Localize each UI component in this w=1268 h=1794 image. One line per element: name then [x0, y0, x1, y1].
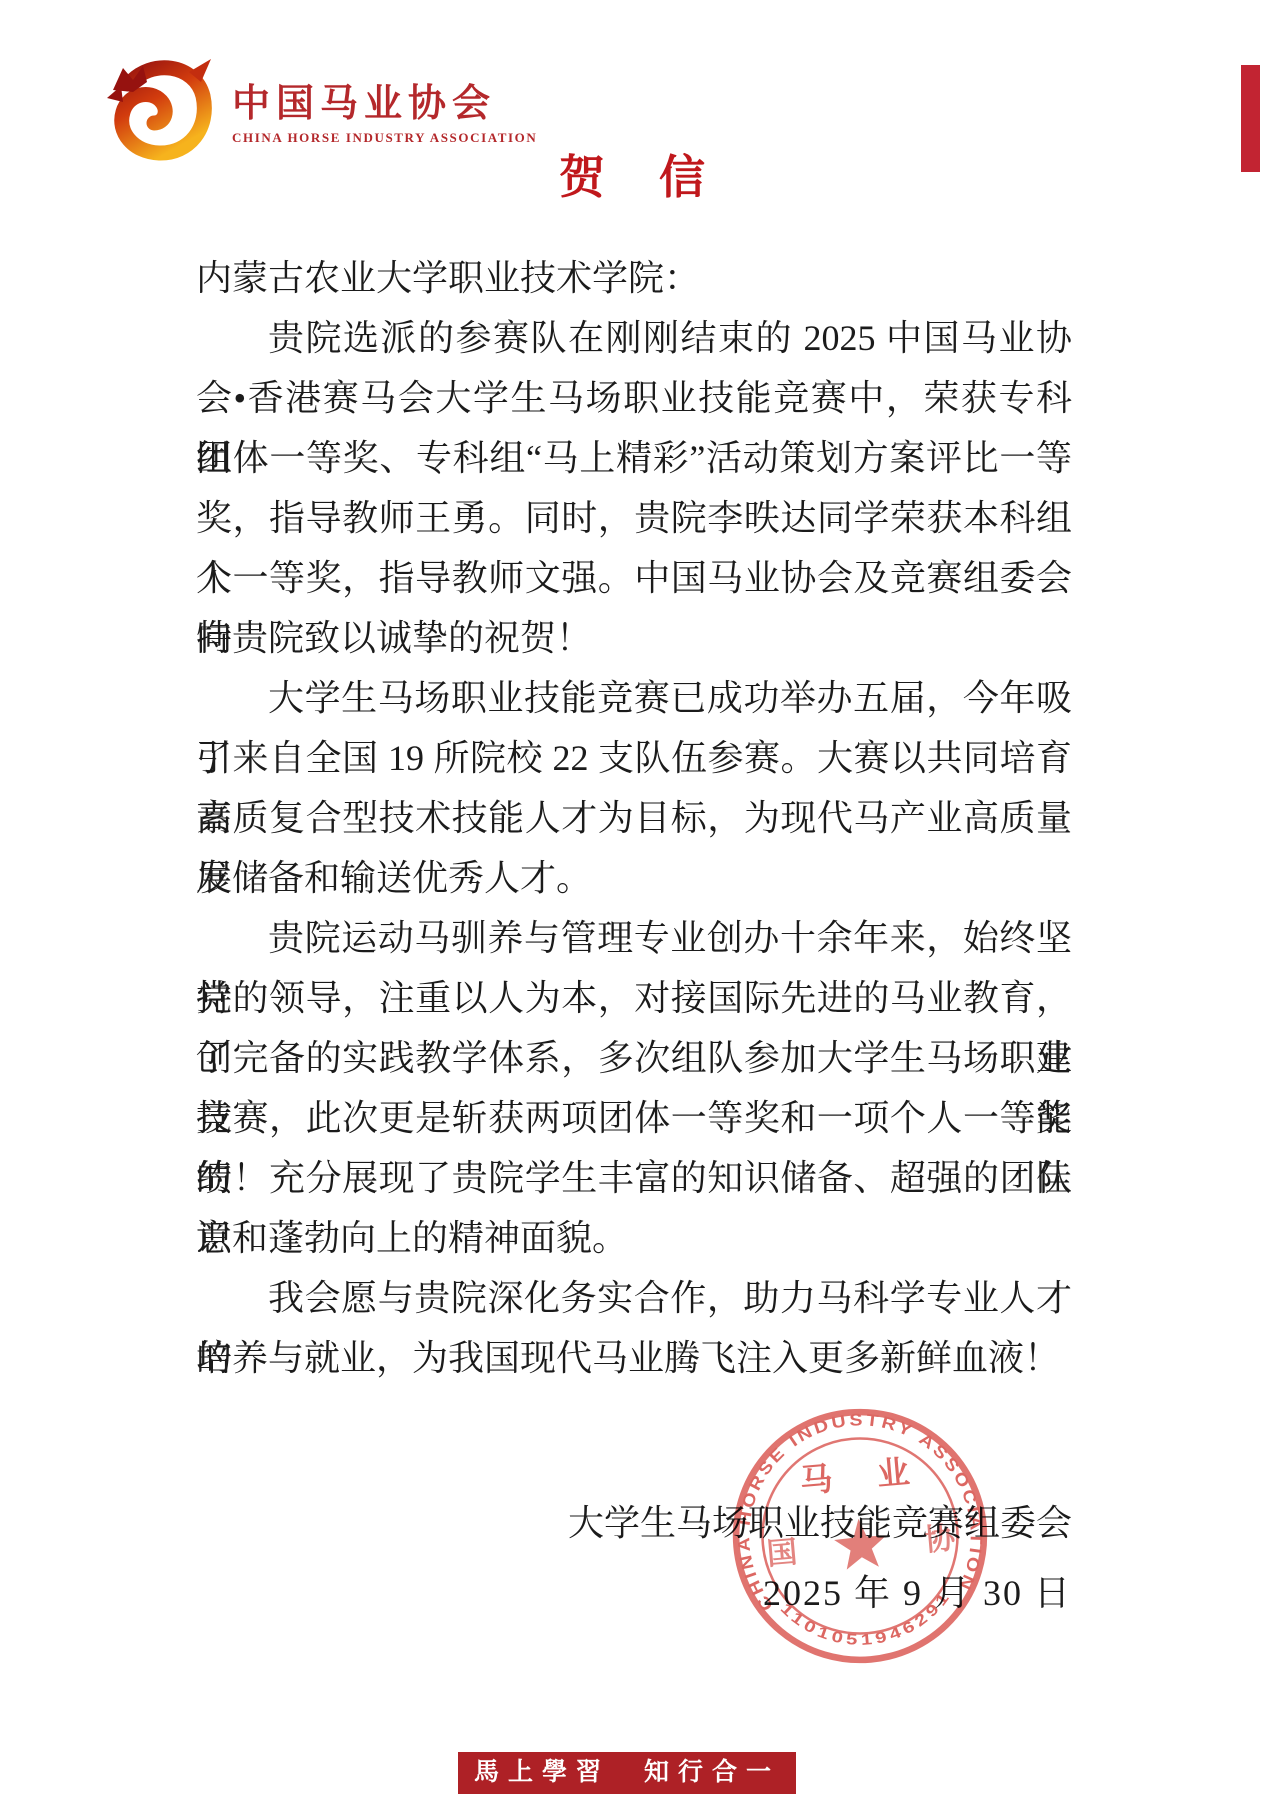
paragraph-3: 贵院运动马驯养与管理专业创办十余年来，始终坚持 党的领导，注重以人为本，对接国际…	[196, 908, 1072, 1268]
logo-text-block: 中国马业协会 CHINA HORSE INDUSTRY ASSOCIATION	[232, 84, 552, 146]
seal-char-left: 国	[765, 1535, 798, 1572]
paragraph-line: 奖，指导教师王勇。同时，贵院李昳达同学荣获本科组个	[196, 488, 1072, 548]
page-title: 贺 信	[0, 152, 1268, 204]
seal-char-ma: 马	[799, 1461, 835, 1501]
paragraph-line: 了完备的实践教学体系，多次组队参加大学生马场职业技能	[196, 1028, 1072, 1088]
paragraph-line: 培养与就业，为我国现代马业腾飞注入更多新鲜血液！	[196, 1328, 1072, 1388]
seal-ring-text: CHINA HORSE INDUSTRY ASSOCIATION	[728, 1404, 991, 1616]
paragraph-line: 素质复合型技术技能人才为目标，为现代马产业高质量发	[196, 788, 1072, 848]
paragraph-2: 大学生马场职业技能竞赛已成功举办五届，今年吸引 了来自全国 19 所院校 22 …	[196, 668, 1072, 908]
paragraph-line: 绩！充分展现了贵院学生丰富的知识储备、超强的团队意	[196, 1148, 1072, 1208]
salutation: 内蒙古农业大学职业技术学院：	[196, 248, 1072, 308]
paragraph-line: 竞赛，此次更是斩获两项团体一等奖和一项个人一等奖的佳	[196, 1088, 1072, 1148]
paragraph-line: 团体一等奖、专科组“马上精彩”活动策划方案评比一等	[196, 428, 1072, 488]
paragraph-line: 会•香港赛马会大学生马场职业技能竞赛中，荣获专科组	[196, 368, 1072, 428]
paragraph-4: 我会愿与贵院深化务实合作，助力马科学专业人才的 培养与就业，为我国现代马业腾飞注…	[196, 1268, 1072, 1388]
paragraph-line: 党的领导，注重以人为本，对接国际先进的马业教育，创建	[196, 968, 1072, 1028]
paragraph-line: 贵院运动马驯养与管理专业创办十余年来，始终坚持	[196, 908, 1072, 968]
paragraph-line: 我会愿与贵院深化务实合作，助力马科学专业人才的	[196, 1268, 1072, 1328]
paragraph-line: 大学生马场职业技能竞赛已成功举办五届，今年吸引	[196, 668, 1072, 728]
paragraph-line: 识和蓬勃向上的精神面貌。	[196, 1208, 1072, 1268]
footer-motto-bar: 馬上學習 知行合一	[458, 1752, 796, 1794]
paragraph-line: 人一等奖，指导教师文强。中国马业协会及竞赛组委会特	[196, 548, 1072, 608]
letter-page: 中国马业协会 CHINA HORSE INDUSTRY ASSOCIATION …	[0, 0, 1268, 1794]
org-name-zh: 中国马业协会	[232, 84, 552, 124]
seal-star-icon	[832, 1517, 888, 1571]
footer-motto-text: 馬上學習 知行合一	[474, 1752, 780, 1794]
org-name-en: CHINA HORSE INDUSTRY ASSOCIATION	[232, 130, 552, 146]
paragraph-line: 了来自全国 19 所院校 22 支队伍参赛。大赛以共同培育高	[196, 728, 1072, 788]
association-seal-stamp: CHINA HORSE INDUSTRY ASSOCIATION 1101051…	[728, 1404, 992, 1668]
paragraph-line: 贵院选派的参赛队在刚刚结束的 2025 中国马业协	[196, 308, 1072, 368]
paragraph-line: 展储备和输送优秀人才。	[196, 848, 1072, 908]
paragraph-1: 贵院选派的参赛队在刚刚结束的 2025 中国马业协 会•香港赛马会大学生马场职业…	[196, 308, 1072, 668]
seal-char-ye: 业	[876, 1455, 912, 1494]
letter-body: 内蒙古农业大学职业技术学院： 贵院选派的参赛队在刚刚结束的 2025 中国马业协…	[196, 248, 1072, 1388]
paragraph-line: 向贵院致以诚挚的祝贺！	[196, 608, 1072, 668]
seal-char-right: 协	[923, 1521, 958, 1558]
